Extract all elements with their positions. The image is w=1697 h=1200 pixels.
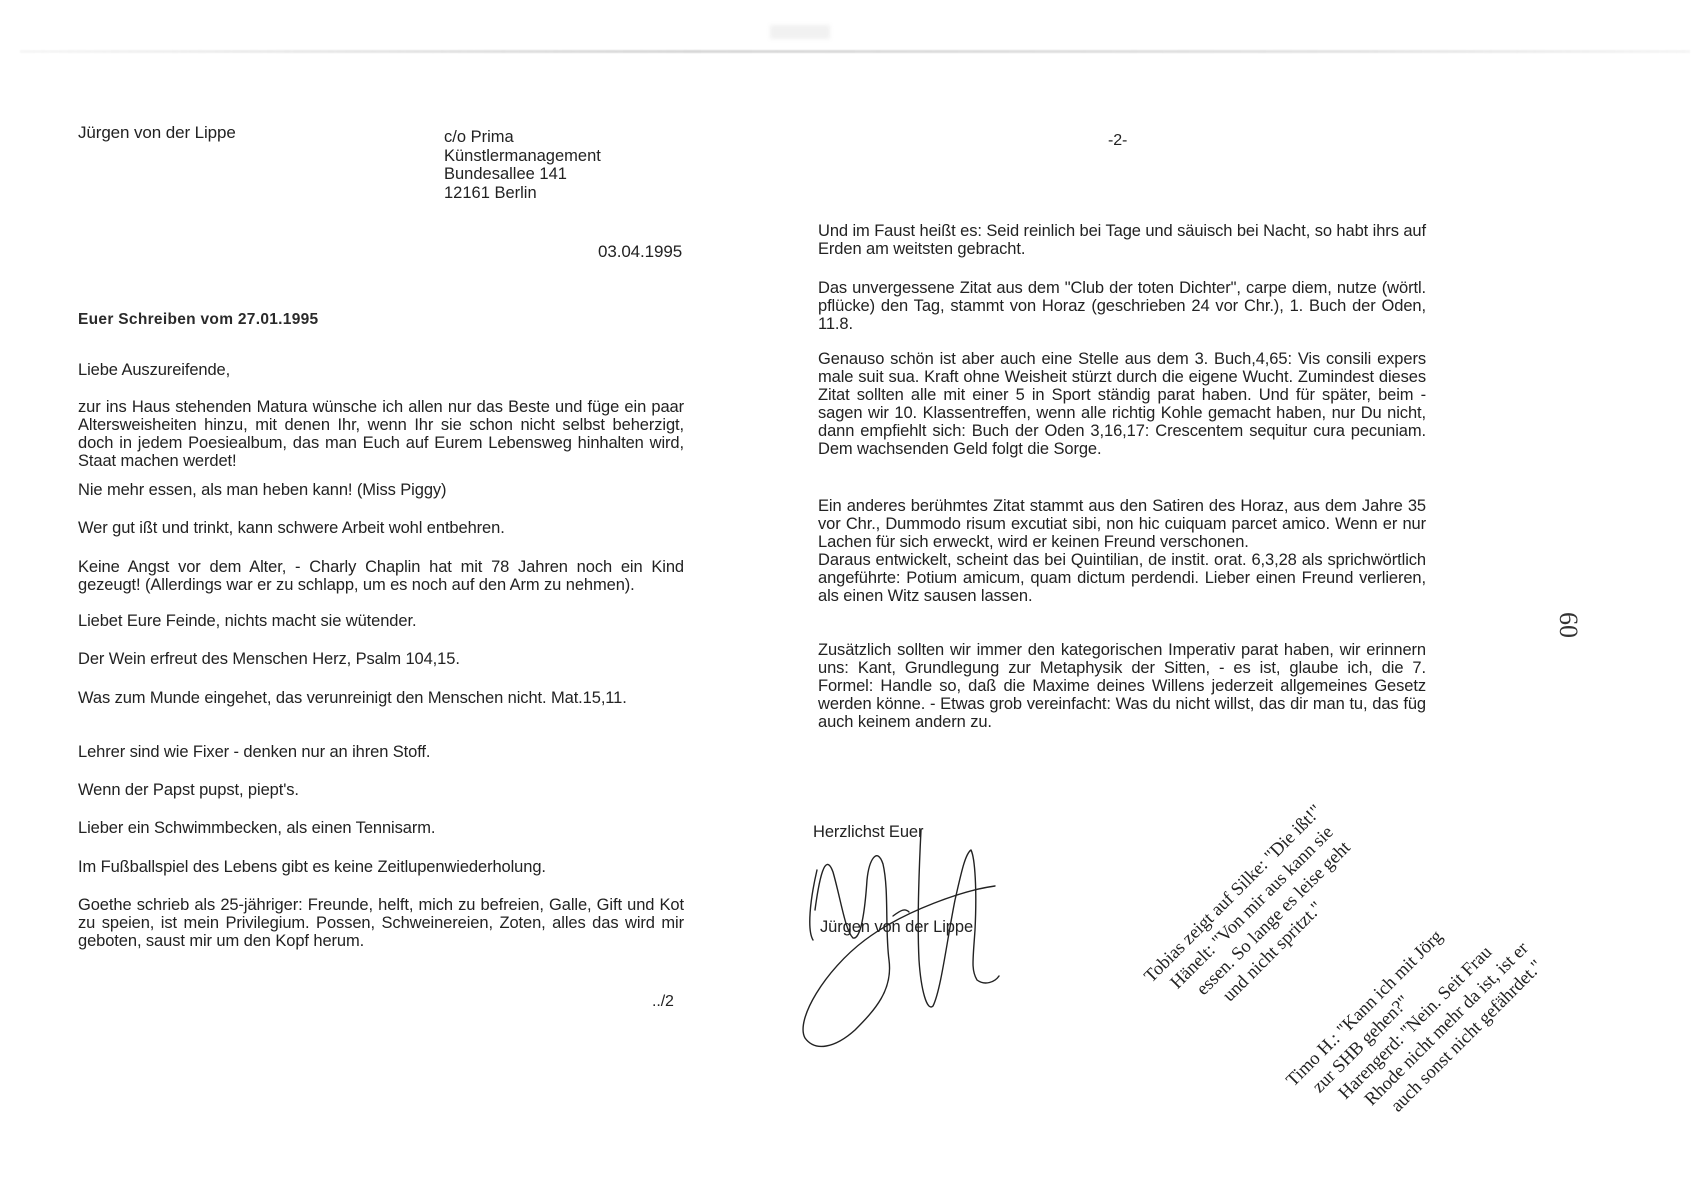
paragraph: Wer gut ißt und trinkt, kann schwere Arb…	[78, 519, 684, 537]
paragraph: Zusätzlich sollten wir immer den kategor…	[818, 641, 1426, 731]
continuation-mark: ../2	[652, 993, 674, 1011]
paragraph: Nie mehr essen, als man heben kann! (Mis…	[78, 481, 684, 499]
letter-subject: Euer Schreiben vom 27.01.1995	[78, 311, 318, 329]
paragraph: Und im Faust heißt es: Seid reinlich bei…	[818, 222, 1426, 258]
signature-block: Herzlichst Euer Jürgen von der Lippe	[810, 820, 1030, 1030]
closing-greeting: Herzlichst Euer	[813, 823, 923, 841]
recipient-address: c/o Prima Künstlermanagement Bundesallee…	[444, 128, 601, 202]
signature-name: Jürgen von der Lippe	[820, 918, 973, 936]
paragraph: Lehrer sind wie Fixer - denken nur an ih…	[78, 743, 684, 761]
side-page-number: 60	[1553, 612, 1583, 638]
address-line: Künstlermanagement	[444, 147, 601, 166]
salutation: Liebe Auszureifende,	[78, 361, 684, 379]
paragraph: Das unvergessene Zitat aus dem "Club der…	[818, 279, 1426, 333]
paragraph: Goethe schrieb als 25-jähriger: Freunde,…	[78, 896, 684, 950]
paragraph: Genauso schön ist aber auch eine Stelle …	[818, 350, 1426, 458]
paragraph: Im Fußballspiel des Lebens gibt es keine…	[78, 858, 684, 876]
paragraph: Was zum Munde eingehet, das verunreinigt…	[78, 689, 684, 707]
paragraph: Liebet Eure Feinde, nichts macht sie wüt…	[78, 612, 684, 630]
paragraph: Keine Angst vor dem Alter, - Charly Chap…	[78, 558, 684, 594]
sender-name: Jürgen von der Lippe	[78, 124, 236, 142]
paragraph: Wenn der Papst pupst, piept's.	[78, 781, 684, 799]
paragraph: Lieber ein Schwimmbecken, als einen Tenn…	[78, 819, 684, 837]
paragraph: Ein anderes berühmtes Zitat stammt aus d…	[818, 497, 1426, 605]
address-line: Bundesallee 141	[444, 165, 601, 184]
page-number: -2-	[1108, 132, 1127, 150]
paragraph: zur ins Haus stehenden Matura wünsche ic…	[78, 398, 684, 470]
address-line: c/o Prima	[444, 128, 601, 147]
annotation-quote: Tobias zeigt auf Silke: "Die ißt!" Hänel…	[1140, 801, 1376, 1037]
letter-date: 03.04.1995	[598, 243, 682, 261]
scan-smudge	[770, 25, 830, 39]
annotation-quote: Timo H.: "Kann ich mit Jörg zur SHB gehe…	[1282, 889, 1550, 1157]
paragraph: Der Wein erfreut des Menschen Herz, Psal…	[78, 650, 684, 668]
address-line: 12161 Berlin	[444, 184, 601, 203]
scan-edge-line	[20, 50, 1690, 53]
